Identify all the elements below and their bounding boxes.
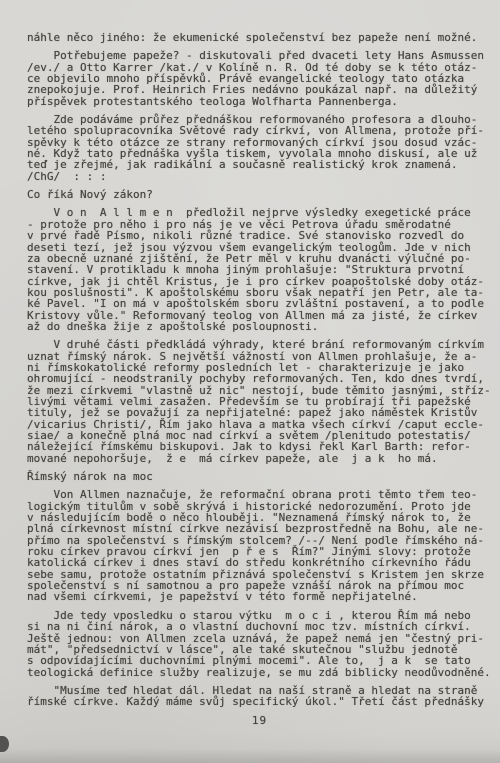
paragraph-closing-quote: "Musíme teď hledat dál. Hledat na naší s… (27, 685, 492, 708)
document-text-column: náhle něco jiného: že ekumenické společe… (27, 32, 492, 726)
paragraph-old-reproach: Jde tedy vposledku o starou výtku m o c … (27, 610, 492, 678)
paragraph-second-part-objections: V druhé části předkládá výhrady, které b… (27, 339, 492, 464)
paragraph-lecture-overview: Zde podáváme průřez přednáškou reformova… (27, 114, 492, 182)
paragraph-continuation: náhle něco jiného: že ekumenické společe… (27, 32, 492, 43)
page-number: 19 (27, 715, 492, 726)
paragraph-pope-question: Potřebujeme papeže? - diskutovali před d… (27, 50, 492, 107)
paragraph-roman-claim: Von Allmen naznačuje, že reformační obra… (27, 489, 492, 602)
section-heading-new-testament: Co říká Nový zákon? (27, 189, 492, 200)
scan-edge-artifact (0, 736, 9, 752)
scanned-document-page: náhle něco jiného: že ekumenické společe… (0, 0, 500, 763)
section-heading-roman-claim: Římský nárok na moc (27, 471, 492, 482)
paragraph-von-allmen-theses: V o n A l l m e n předložil nejprve výsl… (27, 207, 492, 332)
scan-bottom-shadow (0, 749, 500, 763)
